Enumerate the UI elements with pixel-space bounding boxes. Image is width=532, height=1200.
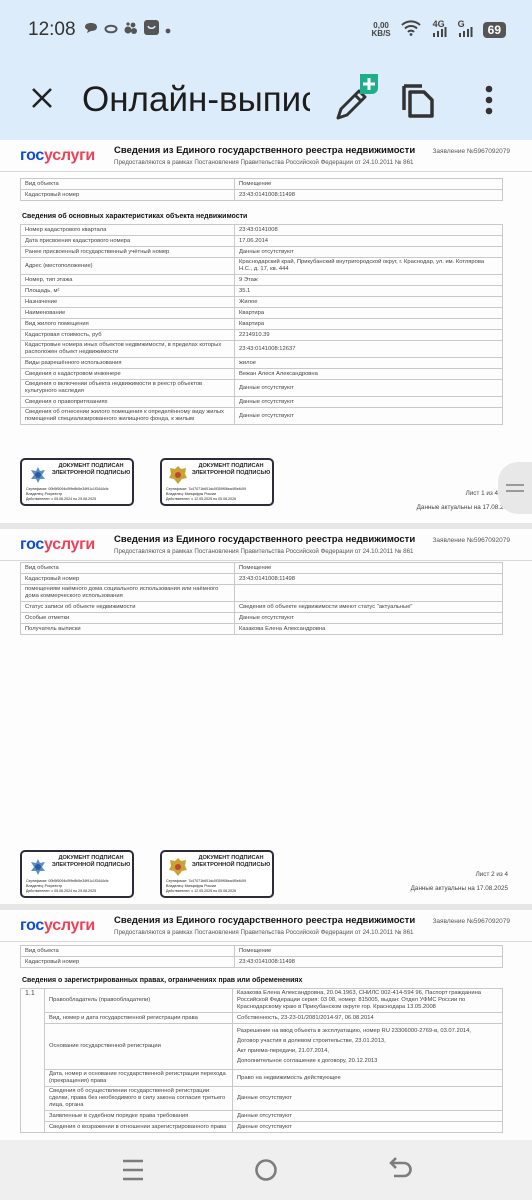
row-label: Сведения о включении объекта недвижимост… xyxy=(21,380,235,397)
gosuslugi-logo: госуслуги xyxy=(20,147,95,165)
page-title: Онлайн-выписка xyxy=(82,80,310,120)
row-label: Наименование xyxy=(21,308,235,319)
row-value: 23:43:0141008:11498 xyxy=(235,574,503,585)
row-value: Собственность, 23-23-01/2081/2014-97, 06… xyxy=(233,1013,503,1024)
table-row: Сведения о кадастровом инженереВежан Але… xyxy=(21,369,503,380)
row-value: 2214910.39 xyxy=(235,330,503,341)
row-value: жилое xyxy=(235,358,503,369)
russia-coat-of-arms-icon xyxy=(168,465,188,485)
row-label: Сведения об осуществлении государственно… xyxy=(45,1087,233,1111)
document-subtitle: Предоставляются в рамках Постановления П… xyxy=(114,929,414,936)
row-value: Право на недвижимость действующее xyxy=(233,1070,503,1087)
row-value: Помещение xyxy=(235,563,503,574)
copy-button[interactable] xyxy=(398,80,438,120)
row-value: Жилое xyxy=(235,297,503,308)
table-row: Кадастровый номер23:43:0141008:11498 xyxy=(21,190,503,201)
table-row: Вид объектаПомещение xyxy=(21,563,503,574)
dot-icon xyxy=(165,21,171,39)
document-title: Сведения из Единого государственного рее… xyxy=(114,534,415,545)
table-row: Ранее присвоенный государственный учётны… xyxy=(21,247,503,258)
row-value: 23:43:0141008 xyxy=(235,225,503,236)
signature-stamp-rosreestr: ДОКУМЕНТ ПОДПИСАН ЭЛЕКТРОННОЙ ПОДПИСЬЮ С… xyxy=(20,850,134,898)
app-cluster-icon xyxy=(124,21,138,40)
row-label: Заявленные в судебном порядке права треб… xyxy=(45,1111,233,1122)
row-label: Особые отметки xyxy=(21,613,235,624)
close-button[interactable] xyxy=(28,84,56,112)
row-label: Ранее присвоенный государственный учётны… xyxy=(21,247,235,258)
page-header: госуслуги Сведения из Единого государств… xyxy=(0,529,532,561)
table-row: Виды разрешённого использованияжилое xyxy=(21,358,503,369)
table-row: Номер кадастрового квартала23:43:0141008 xyxy=(21,225,503,236)
application-number: Заявление №5967092079 xyxy=(432,148,510,155)
document-page-3: госуслуги Сведения из Единого государств… xyxy=(0,910,532,1140)
table-row: Сведения о правопритязанияхДанные отсутс… xyxy=(21,397,503,408)
document-title: Сведения из Единого государственного рее… xyxy=(114,915,415,926)
table-row: Основание государственной регистрацииРаз… xyxy=(21,1024,503,1070)
home-circle-icon xyxy=(246,1154,286,1186)
page-header: госуслуги Сведения из Единого государств… xyxy=(0,910,532,942)
table-row: Номер, тип этажа9 Этаж xyxy=(21,275,503,286)
data-actual-date: Данные актуальны на 17.08.2025 xyxy=(411,885,508,892)
rosreestr-emblem-icon xyxy=(28,465,48,485)
document-subtitle: Предоставляются в рамках Постановления П… xyxy=(114,159,414,166)
table-row: Получатель выпискиКазакова Елена Алексан… xyxy=(21,624,503,635)
rosreestr-emblem-icon xyxy=(28,857,48,877)
system-nav-bar xyxy=(0,1140,532,1200)
table-row: Заявленные в судебном порядке права треб… xyxy=(21,1111,503,1122)
notification-icons xyxy=(84,20,171,40)
row-value: Данные отсутствуют xyxy=(235,247,503,258)
copy-icon xyxy=(398,80,438,120)
wifi-icon xyxy=(401,20,421,41)
row-label: Вид, номер и дата государственной регист… xyxy=(45,1013,233,1024)
row-value: Краснодарский край, Прикубанский внутриг… xyxy=(235,258,503,275)
scroll-handle[interactable] xyxy=(498,462,532,514)
document-page-1: госуслуги Сведения из Единого государств… xyxy=(0,140,532,523)
gosuslugi-logo: госуслуги xyxy=(20,536,95,554)
table-row: Вид, номер и дата государственной регист… xyxy=(21,1013,503,1024)
signal-g-icon: G xyxy=(457,22,473,38)
object-table: Вид объектаПомещение Кадастровый номер23… xyxy=(20,178,503,201)
row-label: Назначение xyxy=(21,297,235,308)
table-row: Особые отметкиДанные отсутствуют xyxy=(21,613,503,624)
object-status-table: Вид объектаПомещениеКадастровый номер23:… xyxy=(20,562,503,635)
table-row: Сведения о возражении в отношении зареги… xyxy=(21,1122,503,1133)
table-row: Вид объектаПомещение xyxy=(21,179,503,190)
more-options-button[interactable] xyxy=(474,82,504,118)
application-number: Заявление №5967092079 xyxy=(432,537,510,544)
row-label: Сведения о правопритязаниях xyxy=(21,397,235,408)
battery-icon: 69 xyxy=(483,22,506,38)
app-bar: Онлайн-выписка xyxy=(0,62,532,140)
row-value: Квартира xyxy=(235,319,503,330)
row-value: Данные отсутствуют xyxy=(235,408,503,425)
row-label: Вид жилого помещения xyxy=(21,319,235,330)
clock: 12:08 xyxy=(28,19,76,41)
edit-pen-plus-icon xyxy=(330,74,380,124)
russia-coat-of-arms-icon xyxy=(168,857,188,877)
document-title: Сведения из Единого государственного рее… xyxy=(114,145,415,156)
back-arrow-icon xyxy=(380,1154,420,1186)
row-label: Площадь, м² xyxy=(21,286,235,297)
row-value: 17.06.2014 xyxy=(235,236,503,247)
row-label: Кадастровая стоимость, руб xyxy=(21,330,235,341)
signal-4g-icon: 4G xyxy=(431,22,447,38)
row-value: Казакова Елена Александровна xyxy=(235,624,503,635)
row-value: 35.1 xyxy=(235,286,503,297)
sheet-number: Лист 2 из 4 xyxy=(476,871,508,878)
home-button[interactable] xyxy=(246,1154,286,1186)
application-number: Заявление №5967092079 xyxy=(432,918,510,925)
row-value: Вежан Алеся Александровна xyxy=(235,369,503,380)
row-label: Дата, номер и основание государственной … xyxy=(45,1070,233,1087)
table-row: Сведения об отнесении жилого помещения к… xyxy=(21,408,503,425)
row-value: Разрешение на ввод объекта в эксплуатаци… xyxy=(233,1024,503,1070)
document-subtitle: Предоставляются в рамках Постановления П… xyxy=(114,548,414,555)
row-label: Сведения о кадастровом инженере xyxy=(21,369,235,380)
row-label: Номер кадастрового квартала xyxy=(21,225,235,236)
recents-button[interactable] xyxy=(113,1154,153,1186)
table-row: Сведения об осуществлении государственно… xyxy=(21,1087,503,1111)
annotate-button[interactable] xyxy=(330,74,380,124)
table-row: Вид жилого помещенияКвартира xyxy=(21,319,503,330)
row-value: Данные отсутствуют xyxy=(233,1087,503,1111)
row-value: Квартира xyxy=(235,308,503,319)
document-page-2: госуслуги Сведения из Единого государств… xyxy=(0,529,532,907)
recents-menu-icon xyxy=(113,1154,153,1186)
page-header: госуслуги Сведения из Единого государств… xyxy=(0,140,532,172)
row-value: Данные отсутствуют xyxy=(235,397,503,408)
row-label: Правообладатель (правообладатели) xyxy=(45,989,233,1013)
sheet-number: Лист 1 из 4 xyxy=(466,490,498,497)
status-bar: 12:08 0,00KB/S 4G G 69 xyxy=(0,0,532,60)
row-value: 23:43:0141008:12637 xyxy=(235,341,503,358)
net-speed: 0,00KB/S xyxy=(372,22,391,38)
characteristics-table: Номер кадастрового квартала23:43:0141008… xyxy=(20,224,503,425)
row-label: Виды разрешённого использования xyxy=(21,358,235,369)
signature-stamp-mintsifry: ДОКУМЕНТ ПОДПИСАН ЭЛЕКТРОННОЙ ПОДПИСЬЮ С… xyxy=(160,458,274,506)
smile-app-icon xyxy=(144,20,159,40)
row-value: Данные отсутствуют xyxy=(233,1122,503,1133)
row-label: Кадастровые номера иных объектов недвижи… xyxy=(21,341,235,358)
row-label: Сведения о возражении в отношении зареги… xyxy=(45,1122,233,1133)
row-label: Адрес (местоположение) xyxy=(21,258,235,275)
row-label: Получатель выписки xyxy=(21,624,235,635)
row-label: Кадастровый номер xyxy=(21,574,235,585)
table-row: Статус записи об объекте недвижимостиСве… xyxy=(21,602,503,613)
rights-table: 1.1Правообладатель (правообладатели)Каза… xyxy=(20,988,503,1133)
table-row: НаименованиеКвартира xyxy=(21,308,503,319)
row-value: 9 Этаж xyxy=(235,275,503,286)
row-value: Казакова Елена Александровна, 20.04.1963… xyxy=(233,989,503,1013)
entry-number: 1.1 xyxy=(21,989,45,1133)
section-title: Сведения об основных характеристиках объ… xyxy=(22,213,247,220)
back-button[interactable] xyxy=(380,1154,420,1186)
row-value: Сведения об объекте недвижимости имеют с… xyxy=(235,602,503,613)
table-row: Кадастровая стоимость, руб2214910.39 xyxy=(21,330,503,341)
row-label: Основание государственной регистрации xyxy=(45,1024,233,1070)
row-label: Сведения об отнесении жилого помещения к… xyxy=(21,408,235,425)
row-label: помещениям наёмного дома социального исп… xyxy=(21,585,235,602)
row-label: Статус записи об объекте недвижимости xyxy=(21,602,235,613)
row-value: Данные отсутствуют xyxy=(235,613,503,624)
row-value xyxy=(235,585,503,602)
table-row: Сведения о включении объекта недвижимост… xyxy=(21,380,503,397)
ring-icon xyxy=(104,21,118,39)
table-row: Дата, номер и основание государственной … xyxy=(21,1070,503,1087)
row-label: Номер, тип этажа xyxy=(21,275,235,286)
object-table: Вид объектаПомещение Кадастровый номер23… xyxy=(20,945,503,968)
table-row: Площадь, м²35.1 xyxy=(21,286,503,297)
row-value: Данные отсутствуют xyxy=(235,380,503,397)
row-label: Дата присвоения кадастрового номера xyxy=(21,236,235,247)
data-actual-date: Данные актуальны на 17.08.2025 xyxy=(417,504,514,511)
row-value: Данные отсутствуют xyxy=(233,1111,503,1122)
row-label: Вид объекта xyxy=(21,563,235,574)
table-row: Кадастровый номер23:43:0141008:11498 xyxy=(21,574,503,585)
gosuslugi-logo: госуслуги xyxy=(20,917,95,935)
table-row: Адрес (местоположение)Краснодарский край… xyxy=(21,258,503,275)
signature-stamp-rosreestr: ДОКУМЕНТ ПОДПИСАН ЭЛЕКТРОННОЙ ПОДПИСЬЮ С… xyxy=(20,458,134,506)
signature-stamp-mintsifry: ДОКУМЕНТ ПОДПИСАН ЭЛЕКТРОННОЙ ПОДПИСЬЮ С… xyxy=(160,850,274,898)
section-title: Сведения о зарегистрированных правах, ог… xyxy=(22,977,302,984)
table-row: Кадастровые номера иных объектов недвижи… xyxy=(21,341,503,358)
table-row: Дата присвоения кадастрового номера17.06… xyxy=(21,236,503,247)
table-row: НазначениеЖилое xyxy=(21,297,503,308)
table-row: 1.1Правообладатель (правообладатели)Каза… xyxy=(21,989,503,1013)
more-vert-icon xyxy=(474,82,504,118)
table-row: Вид объектаПомещение xyxy=(21,946,503,957)
chat-icon xyxy=(84,21,98,39)
table-row: Кадастровый номер23:43:0141008:11498 xyxy=(21,957,503,968)
close-icon xyxy=(30,86,54,110)
table-row: помещениям наёмного дома социального исп… xyxy=(21,585,503,602)
pdf-viewer[interactable]: госуслуги Сведения из Единого государств… xyxy=(0,140,532,1140)
